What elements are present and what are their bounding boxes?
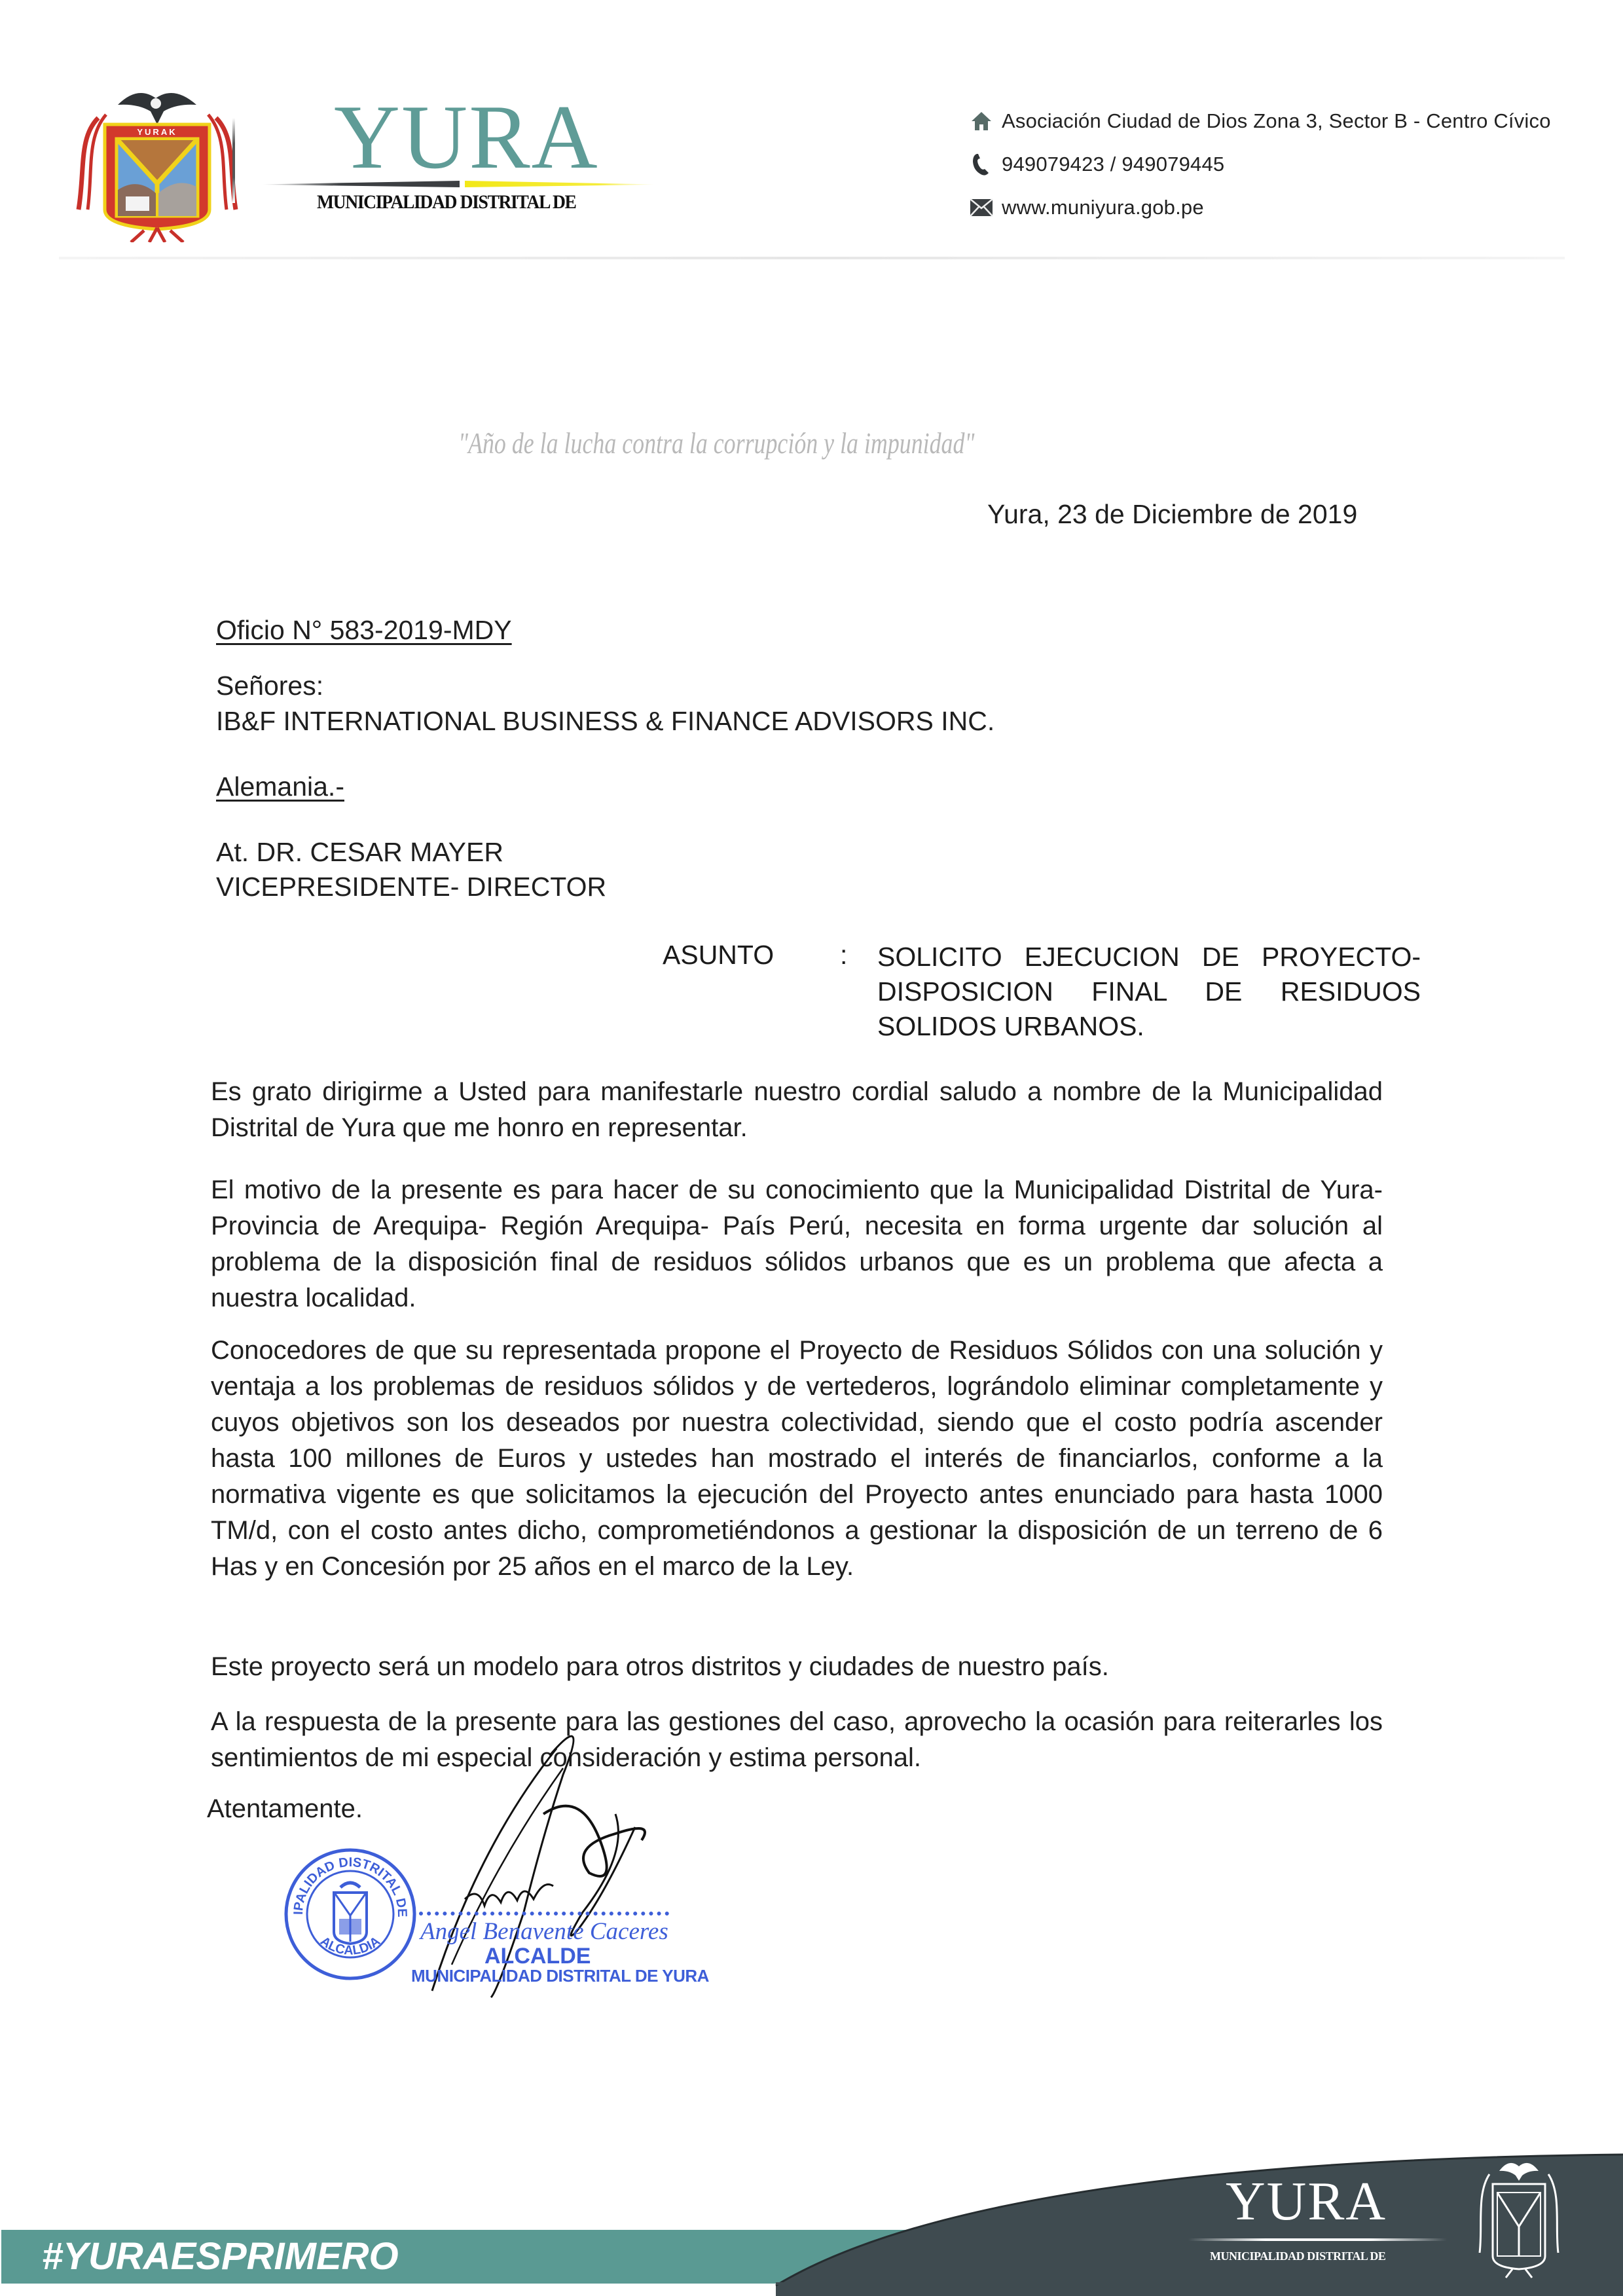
closing: Atentamente. xyxy=(207,1794,363,1824)
contact-web-link[interactable]: www.muniyura.gob.pe xyxy=(1002,196,1204,219)
contact-phone-text: 949079423 / 949079445 xyxy=(1002,153,1224,176)
salutation: Señores: xyxy=(216,670,323,702)
phone-icon xyxy=(969,152,994,177)
subject-separator: : xyxy=(840,940,847,971)
contact-address: Asociación Ciudad de Dios Zona 3, Sector… xyxy=(969,100,1551,143)
signature-dotted-line xyxy=(419,1912,669,1916)
footer-brand-subtitle: MUNICIPALIDAD DISTRITAL DE xyxy=(1210,2250,1385,2263)
body-paragraph: Este proyecto será un modelo para otros … xyxy=(211,1649,1383,1685)
body-paragraph: El motivo de la presente es para hacer d… xyxy=(211,1172,1383,1316)
attention-name: At. DR. CESAR MAYER xyxy=(216,836,503,868)
mail-icon xyxy=(969,195,994,220)
footer-brand-name: YURA xyxy=(1226,2174,1387,2229)
subject-label: ASUNTO xyxy=(663,940,774,971)
recipient-company: IB&F INTERNATIONAL BUSINESS & FINANCE AD… xyxy=(216,705,994,737)
header-separator xyxy=(59,257,1565,259)
contact-info: Asociación Ciudad de Dios Zona 3, Sector… xyxy=(969,100,1551,229)
footer-crest-logo xyxy=(1476,2155,1561,2279)
recipient-country: Alemania.- xyxy=(216,771,344,803)
home-icon xyxy=(969,109,994,134)
contact-address-text: Asociación Ciudad de Dios Zona 3, Sector… xyxy=(1002,109,1551,133)
signatory-name: Angel Benavente Caceres xyxy=(420,1917,668,1946)
attention-title: VICEPRESIDENTE- DIRECTOR xyxy=(216,871,606,903)
body-paragraph: Conocedores de que su representada propo… xyxy=(211,1333,1383,1585)
signatory-organization: MUNICIPALIDAD DISTRITAL DE YURA xyxy=(411,1966,709,1986)
reference-number: Oficio N° 583-2019-MDY xyxy=(216,614,512,646)
footer-brand-underline xyxy=(1188,2238,1447,2241)
contact-phone: 949079423 / 949079445 xyxy=(969,143,1551,186)
brand-name: YURA xyxy=(334,92,599,183)
subject-text: SOLICITO EJECUCION DE PROYECTO- DISPOSIC… xyxy=(877,940,1421,1044)
municipal-crest-logo: YURAK xyxy=(72,79,242,242)
year-motto: "Año de la lucha contra la corrupción y … xyxy=(458,426,975,460)
brand-subtitle: MUNICIPALIDAD DISTRITAL DE xyxy=(317,191,576,213)
crest-label: YURAK xyxy=(137,127,177,137)
contact-web: www.muniyura.gob.pe xyxy=(969,186,1551,229)
letter-date: Yura, 23 de Diciembre de 2019 xyxy=(987,499,1357,530)
header-divider xyxy=(232,118,235,203)
body-paragraph: Es grato dirigirme a Usted para manifest… xyxy=(211,1074,1383,1146)
